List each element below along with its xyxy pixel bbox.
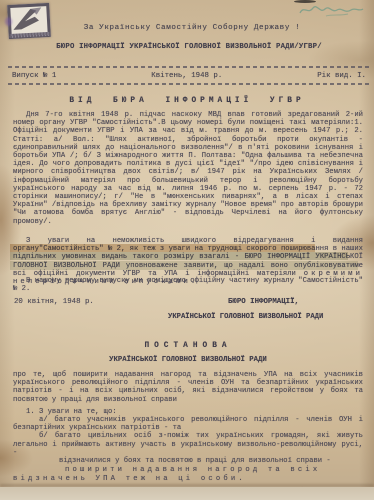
signature-org-line2: УКРАЇНСЬКОЇ ГОЛОВНОЇ ВИЗВОЛЬНОЇ РАДИ [168,313,323,321]
section-title-info-bureau: ВІД БЮРА ІНФОРМАЦІЇ УГВР [0,97,374,105]
archival-stamp [7,3,51,39]
resolution-subtitle: УКРАЇНСЬКОЇ ГОЛОВНОЇ ВИЗВОЛЬНОЇ РАДИ [13,356,363,364]
resolution-item1-emphasis: поширити надавання нагород та всіх відзн… [13,466,363,483]
dashed-rule-bottom [8,83,370,85]
resolution-title: ПОСТАНОВА [13,342,363,350]
signature-org-line1: БЮРО ІНФОРМАЦІЇ, [228,298,299,306]
issue-year: Рік вид. І. [317,72,366,80]
issue-info-row: Випуск № 1 Квітень, 1948 р. Рік вид. І. [12,72,366,80]
resolution-item1-point-b: б/ багато цивільних осіб з-поміж тих укр… [13,432,363,457]
dateline: 20 квітня, 1948 р. [14,298,94,306]
issue-number: Випуск № 1 [12,72,56,80]
document-org-line: БЮРО ІНФОРМАЦІЇ УКРАЇНСЬКОЇ ГОЛОВНОЇ ВИЗ… [18,43,360,51]
resolution-section: ПОСТАНОВА УКРАЇНСЬКОЇ ГОЛОВНОЇ ВИЗВОЛЬНО… [13,342,363,500]
scanned-document-page: За Українську Самостійну Соборну Державу… [0,0,374,500]
paragraph-issue-history: Дня 7-го квітня 1948 р. підчас наскоку М… [13,111,363,226]
resolution-intro: про те, щоб поширити надавання нагород т… [13,371,363,404]
handwritten-annotation-icon [296,1,366,21]
resolution-item1-conclusion: відзначилися у боях та посвятою в праці … [13,457,363,465]
document-motto: За Українську Самостійну Соборну Державу… [40,24,344,32]
resolution-item1-heading: 1. З уваги на те, що: [13,408,363,416]
issue-date: Квітень, 1948 р. [151,72,222,80]
paper-bottom-edge [0,487,374,500]
resolution-item1-point-a: а/ багато учасників українського революц… [13,416,363,432]
paragraph-first-issue-note: В нашому першому випуску ми поміщуємо оф… [13,277,363,293]
dashed-rule-top [8,66,370,68]
